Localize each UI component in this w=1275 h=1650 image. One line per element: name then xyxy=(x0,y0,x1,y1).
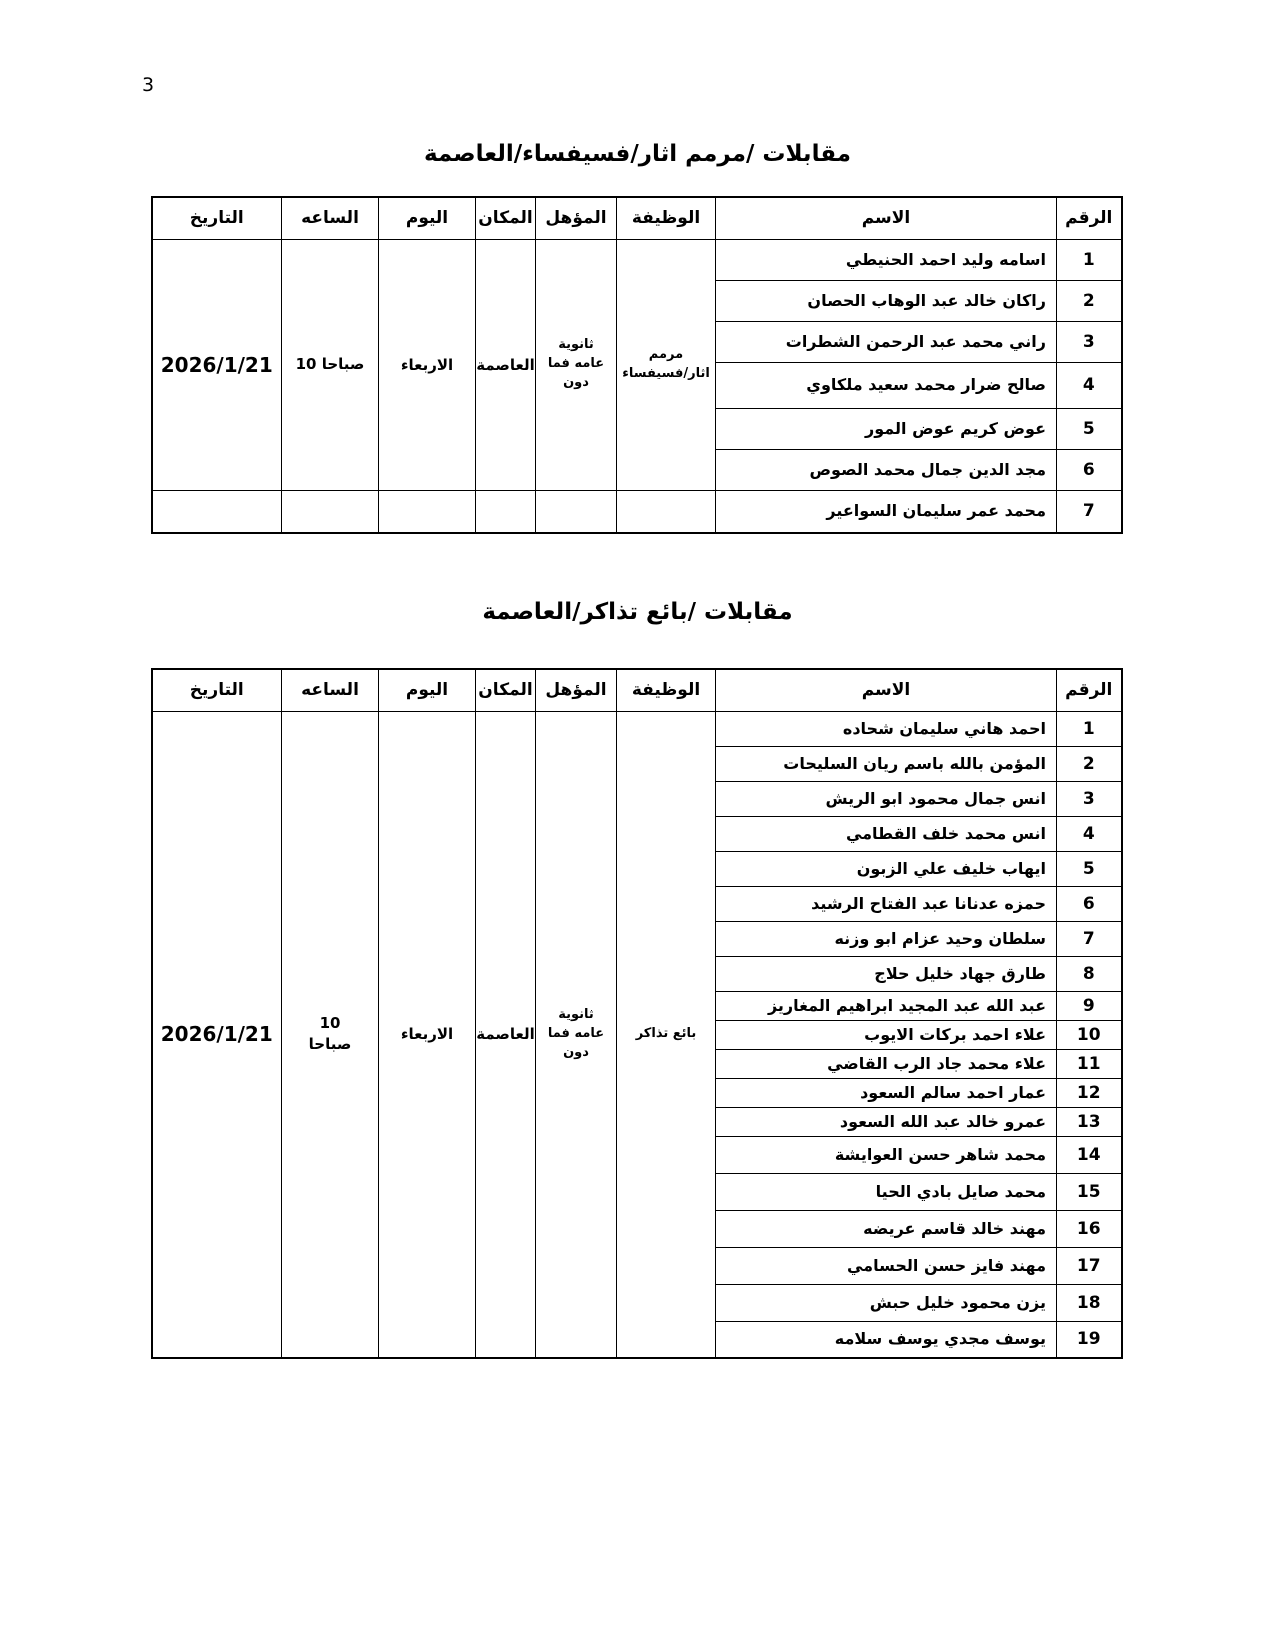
cell-name: راكان خالد عبد الوهاب الحصان xyxy=(716,280,1057,321)
cell-name: علاء محمد جاد الرب القاضي xyxy=(716,1049,1057,1078)
cell-day: الاربعاء xyxy=(379,239,476,490)
column-header: المكان xyxy=(476,197,536,239)
cell-number: 4 xyxy=(1057,816,1122,851)
cell-name: صالح ضرار محمد سعيد ملكاوي xyxy=(716,362,1057,408)
empty-cell xyxy=(152,490,282,533)
column-header: الساعه xyxy=(282,197,379,239)
cell-number: 12 xyxy=(1057,1078,1122,1107)
column-header: التاريخ xyxy=(152,669,282,711)
cell-job: بائع تذاكر xyxy=(617,711,716,1358)
cell-name: انس محمد خلف القطامي xyxy=(716,816,1057,851)
column-header: الوظيفة xyxy=(617,197,716,239)
cell-name: راني محمد عبد الرحمن الشطرات xyxy=(716,321,1057,362)
column-header: الرقم xyxy=(1057,669,1122,711)
empty-cell xyxy=(476,490,536,533)
cell-number: 10 xyxy=(1057,1020,1122,1049)
empty-cell xyxy=(617,490,716,533)
cell-name: محمد صايل بادي الحيا xyxy=(716,1173,1057,1210)
cell-number: 8 xyxy=(1057,956,1122,991)
section-title-mosaic-restorer: مقابلات /مرمم اثار/فسيفساء/العاصمة xyxy=(153,138,1123,170)
column-header: التاريخ xyxy=(152,197,282,239)
cell-number: 5 xyxy=(1057,408,1122,449)
column-header: اليوم xyxy=(379,669,476,711)
cell-name: مهند خالد قاسم عريضه xyxy=(716,1210,1057,1247)
document-page: 3 مقابلات /مرمم اثار/فسيفساء/العاصمة الر… xyxy=(0,0,1275,1650)
cell-place: العاصمة xyxy=(476,711,536,1358)
cell-number: 19 xyxy=(1057,1321,1122,1358)
cell-number: 7 xyxy=(1057,490,1122,533)
cell-name: علاء احمد بركات الايوب xyxy=(716,1020,1057,1049)
cell-number: 11 xyxy=(1057,1049,1122,1078)
cell-number: 3 xyxy=(1057,781,1122,816)
cell-name: مهند فايز حسن الحسامي xyxy=(716,1247,1057,1284)
cell-number: 16 xyxy=(1057,1210,1122,1247)
empty-cell xyxy=(282,490,379,533)
cell-name: اسامه وليد احمد الحنيطي xyxy=(716,239,1057,280)
cell-name: يزن محمود خليل حبش xyxy=(716,1284,1057,1321)
cell-name: حمزه عدنانا عبد الفتاح الرشيد xyxy=(716,886,1057,921)
cell-number: 18 xyxy=(1057,1284,1122,1321)
column-header: الوظيفة xyxy=(617,669,716,711)
cell-place: العاصمة xyxy=(476,239,536,490)
table-row: 1اسامه وليد احمد الحنيطيمرمم اثار/فسيفسا… xyxy=(152,239,1122,280)
cell-name: عبد الله عبد المجيد ابراهيم المغاريز xyxy=(716,991,1057,1020)
empty-cell xyxy=(536,490,617,533)
cell-name: انس جمال محمود ابو الريش xyxy=(716,781,1057,816)
cell-qualification: ثانوية عامه فما دون xyxy=(536,711,617,1358)
cell-number: 3 xyxy=(1057,321,1122,362)
cell-name: ايهاب خليف علي الزبون xyxy=(716,851,1057,886)
table-row: 1احمد هاني سليمان شحادهبائع تذاكرثانوية … xyxy=(152,711,1122,746)
cell-number: 4 xyxy=(1057,362,1122,408)
cell-name: يوسف مجدي يوسف سلامه xyxy=(716,1321,1057,1358)
cell-name: محمد شاهر حسن العوايشة xyxy=(716,1136,1057,1173)
cell-time: 10 صباحا xyxy=(282,711,379,1358)
header-row: الرقمالاسمالوظيفةالمؤهلالمكاناليومالساعه… xyxy=(152,669,1122,711)
cell-number: 17 xyxy=(1057,1247,1122,1284)
column-header: المؤهل xyxy=(536,197,617,239)
cell-day: الاربعاء xyxy=(379,711,476,1358)
empty-cell xyxy=(379,490,476,533)
column-header: المؤهل xyxy=(536,669,617,711)
column-header: المكان xyxy=(476,669,536,711)
cell-name: المؤمن بالله باسم ريان السليحات xyxy=(716,746,1057,781)
cell-number: 15 xyxy=(1057,1173,1122,1210)
header-row: الرقمالاسمالوظيفةالمؤهلالمكاناليومالساعه… xyxy=(152,197,1122,239)
cell-name: مجد الدين جمال محمد الصوص xyxy=(716,449,1057,490)
cell-name: عمار احمد سالم السعود xyxy=(716,1078,1057,1107)
column-header: الرقم xyxy=(1057,197,1122,239)
page-content: مقابلات /مرمم اثار/فسيفساء/العاصمة الرقم… xyxy=(153,138,1123,1359)
cell-number: 1 xyxy=(1057,239,1122,280)
schedule-table-mosaic-restorer: الرقمالاسمالوظيفةالمؤهلالمكاناليومالساعه… xyxy=(151,196,1123,534)
cell-number: 6 xyxy=(1057,886,1122,921)
cell-name: احمد هاني سليمان شحاده xyxy=(716,711,1057,746)
cell-number: 7 xyxy=(1057,921,1122,956)
cell-name: محمد عمر سليمان السواعير xyxy=(716,490,1057,533)
column-header: اليوم xyxy=(379,197,476,239)
cell-job: مرمم اثار/فسيفساء xyxy=(617,239,716,490)
cell-name: عوض كريم عوض المور xyxy=(716,408,1057,449)
cell-number: 5 xyxy=(1057,851,1122,886)
column-header: الساعه xyxy=(282,669,379,711)
page-number: 3 xyxy=(142,74,154,96)
cell-number: 14 xyxy=(1057,1136,1122,1173)
cell-name: طارق جهاد خليل حلاج xyxy=(716,956,1057,991)
schedule-table-ticket-seller: الرقمالاسمالوظيفةالمؤهلالمكاناليومالساعه… xyxy=(151,668,1123,1359)
table-row: 7محمد عمر سليمان السواعير xyxy=(152,490,1122,533)
cell-number: 6 xyxy=(1057,449,1122,490)
cell-number: 2 xyxy=(1057,280,1122,321)
cell-number: 2 xyxy=(1057,746,1122,781)
cell-name: سلطان وحيد عزام ابو وزنه xyxy=(716,921,1057,956)
cell-time: 10 صباحا xyxy=(282,239,379,490)
cell-date: 2026/1/21 xyxy=(152,239,282,490)
cell-name: عمرو خالد عبد الله السعود xyxy=(716,1107,1057,1136)
cell-qualification: ثانوية عامه فما دون xyxy=(536,239,617,490)
cell-date: 2026/1/21 xyxy=(152,711,282,1358)
column-header: الاسم xyxy=(716,197,1057,239)
cell-number: 9 xyxy=(1057,991,1122,1020)
cell-number: 1 xyxy=(1057,711,1122,746)
section-title-ticket-seller: مقابلات /بائع تذاكر/العاصمة xyxy=(153,596,1123,628)
cell-number: 13 xyxy=(1057,1107,1122,1136)
column-header: الاسم xyxy=(716,669,1057,711)
